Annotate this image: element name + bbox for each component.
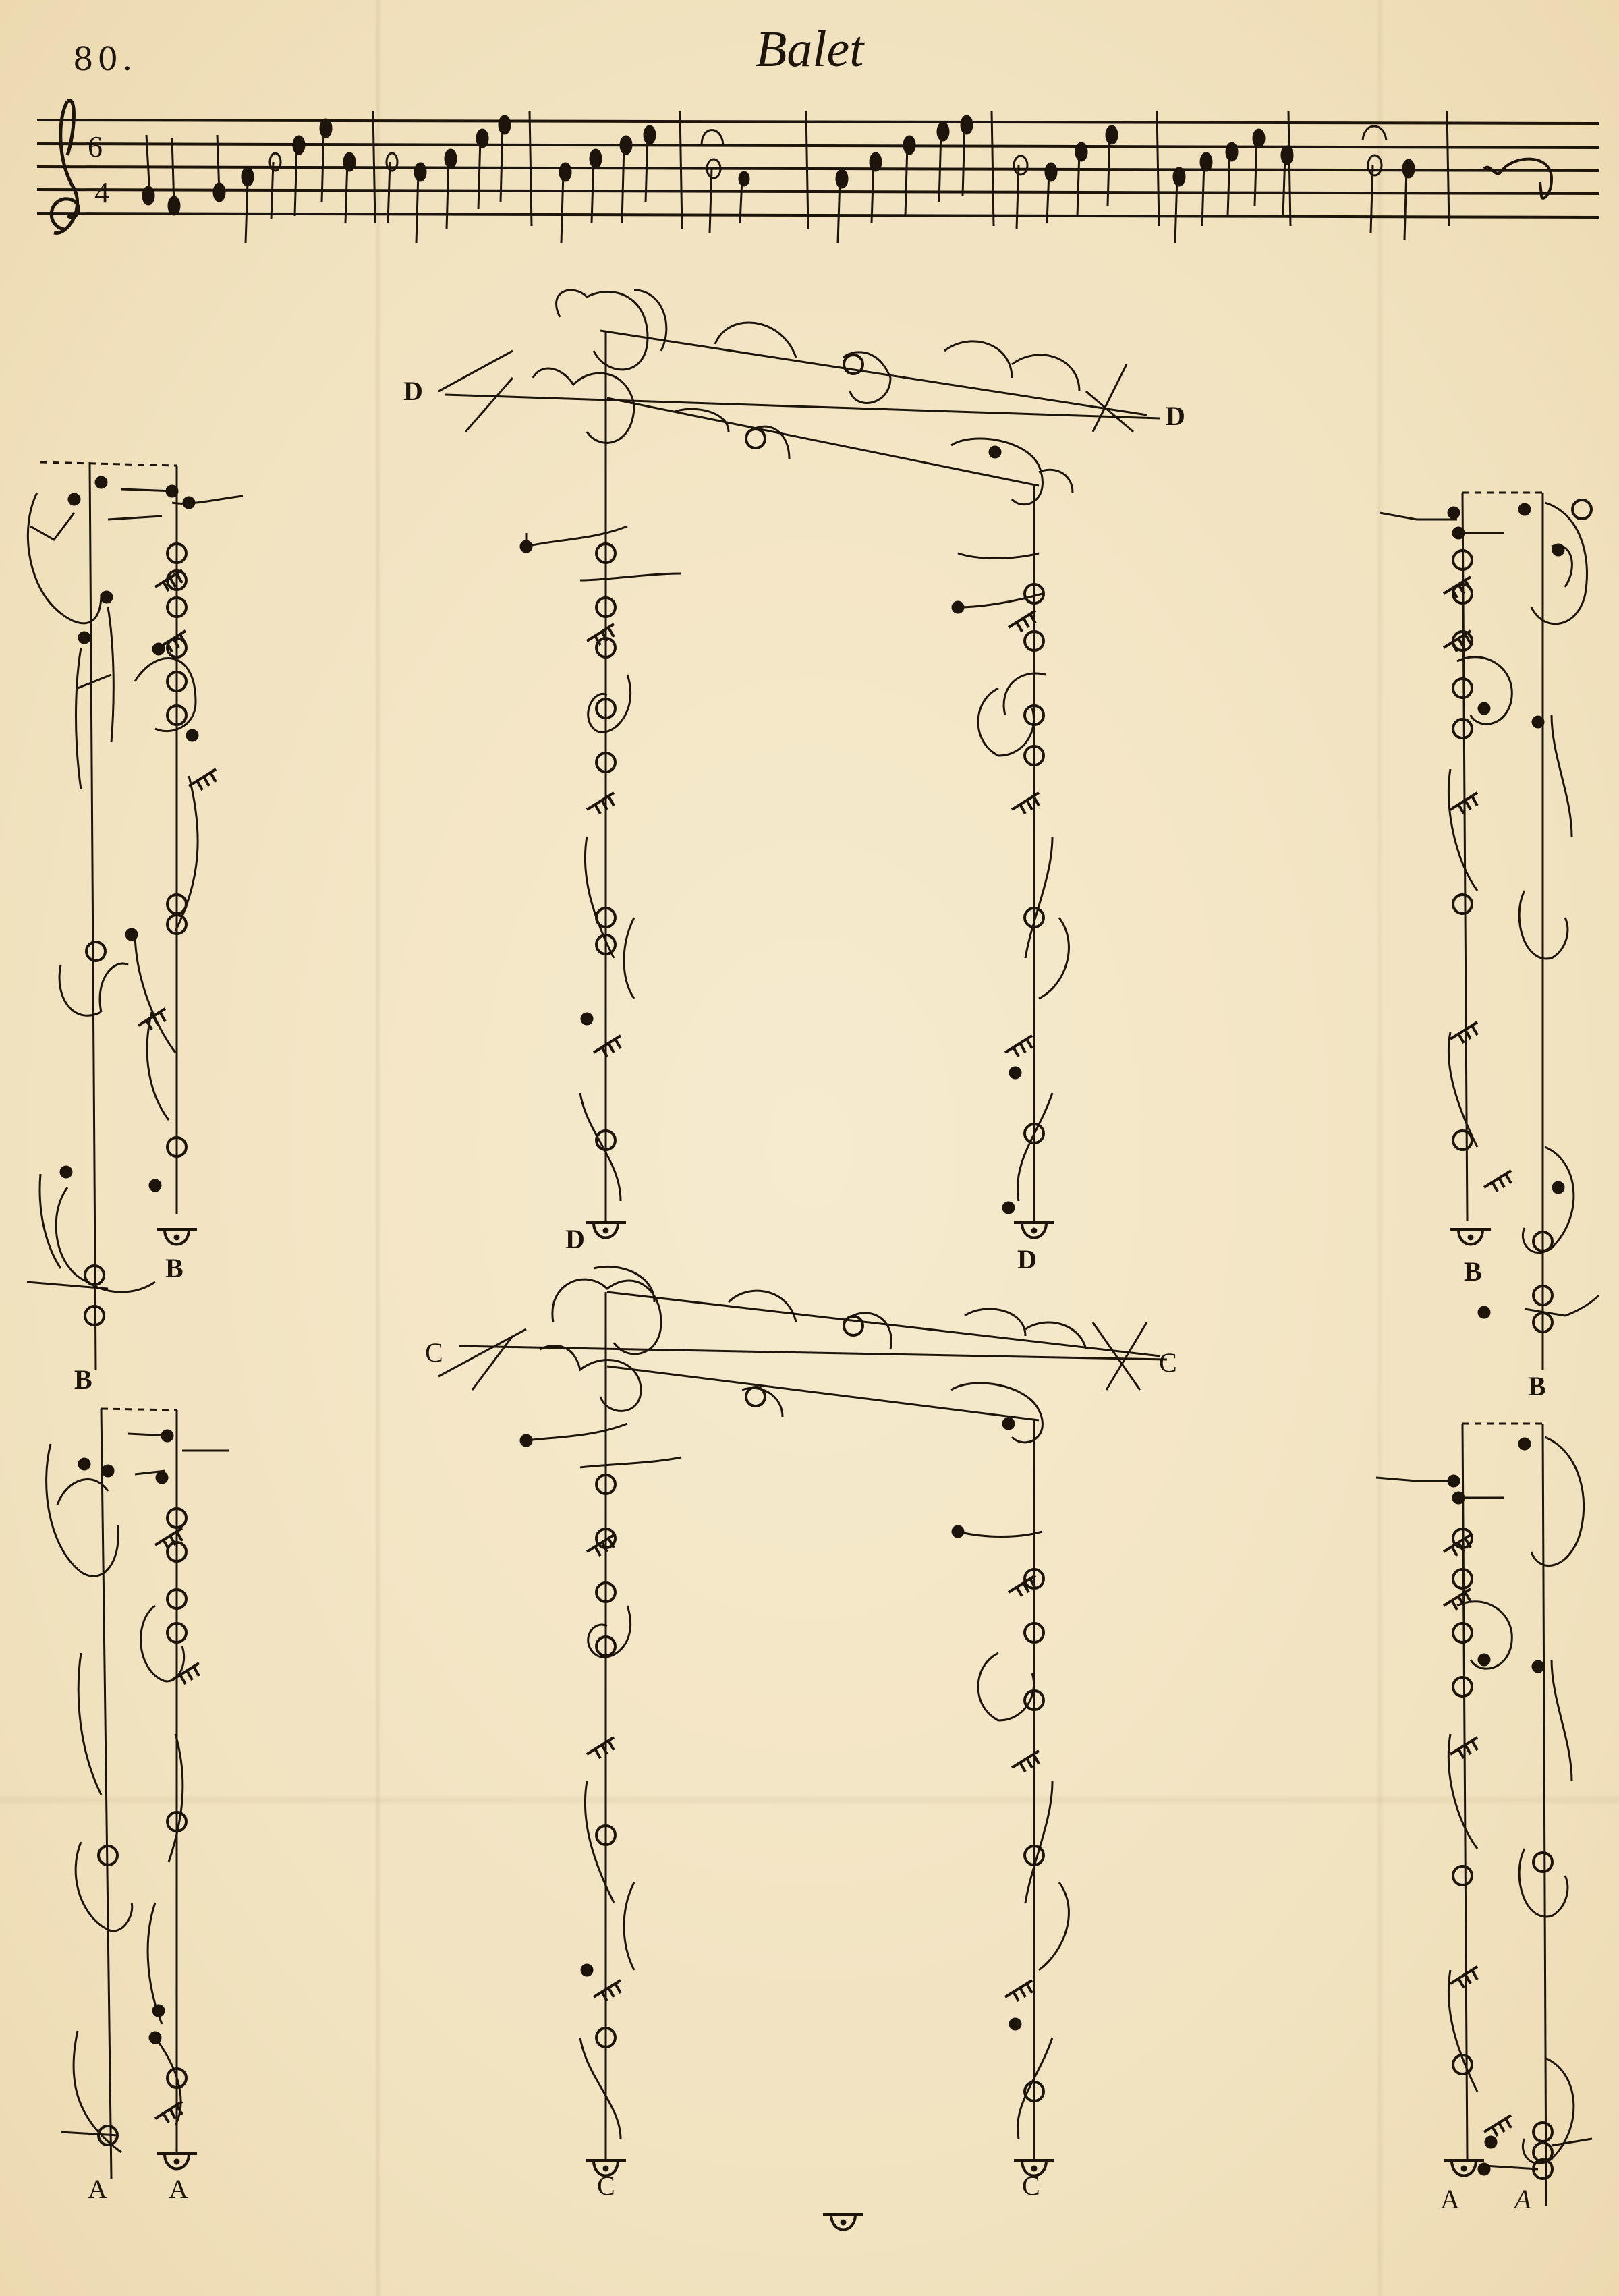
figure-top-center: [438, 290, 1160, 1221]
figure-left-lower: [47, 1409, 229, 2179]
label-right-upper-end-right: B: [1528, 1373, 1546, 1400]
label-right-lower-end-right: A: [1514, 2186, 1531, 2213]
label-bottom-end-left: C: [597, 2173, 615, 2200]
label-left-upper-end-left: B: [74, 1366, 92, 1393]
label-bottom-end-right: C: [1022, 2173, 1040, 2200]
figure-bottom-center: [438, 1266, 1167, 2159]
label-top-start-right: D: [1166, 403, 1185, 430]
label-top-end-left: D: [565, 1226, 585, 1253]
label-bottom-start-left: C: [425, 1339, 443, 1366]
label-top-end-right: D: [1017, 1246, 1037, 1273]
label-left-upper-end-right: B: [165, 1255, 183, 1282]
label-left-lower-end-right: A: [169, 2176, 188, 2203]
label-bottom-start-right: C: [1159, 1349, 1177, 1376]
label-right-upper-end-left: B: [1464, 1258, 1482, 1285]
figure-left-upper: [27, 462, 243, 1370]
label-left-lower-end-left: A: [88, 2176, 107, 2203]
figure-right-lower: [1376, 1424, 1592, 2206]
label-right-lower-end-left: A: [1440, 2186, 1460, 2213]
figure-right-upper: [1380, 493, 1599, 1370]
label-top-start-left: D: [403, 378, 423, 405]
dance-notation-figures: [0, 0, 1619, 2296]
